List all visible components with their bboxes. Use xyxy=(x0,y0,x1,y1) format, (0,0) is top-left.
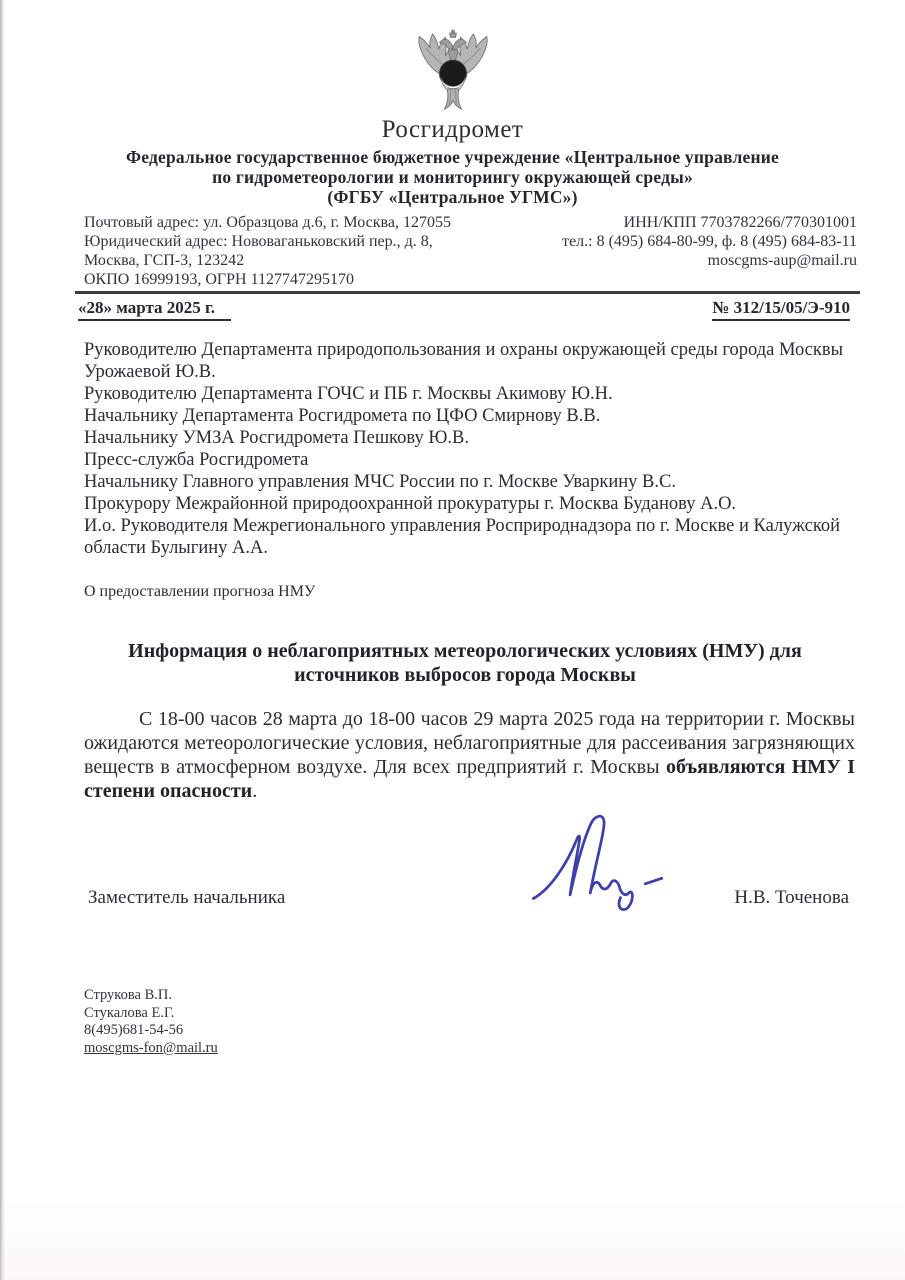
executor-name: Струкова В.П. xyxy=(84,987,905,1005)
addressee-line: Пресс-служба Росгидромета xyxy=(84,449,857,471)
body-text-tail: . xyxy=(252,780,257,802)
org-full-line: Федеральное государственное бюджетное уч… xyxy=(40,147,865,167)
legal-address-line: Юридический адрес: Нововаганьковский пер… xyxy=(84,232,451,251)
executor-name: Стукалова Е.Г. xyxy=(84,1005,905,1023)
doc-title: Информация о неблагоприятных метеорологи… xyxy=(95,639,835,687)
addressee-line: Руководителю Департамента ГОЧС и ПБ г. М… xyxy=(84,383,857,405)
handwritten-signature-icon xyxy=(524,805,684,915)
executor-email: moscgms-fon@mail.ru xyxy=(84,1040,905,1058)
org-full-name: Федеральное государственное бюджетное уч… xyxy=(40,147,865,207)
org-email: moscgms-aup@mail.ru xyxy=(562,251,857,270)
addressee-line: И.о. Руководителя Межрегионального управ… xyxy=(84,515,857,559)
doc-title-line: Информация о неблагоприятных метеорологи… xyxy=(128,640,802,662)
doc-date: «28» марта 2025 г. xyxy=(78,298,231,321)
okpo-ogrn-line: ОКПО 16999193, ОГРН 1127747295170 xyxy=(84,270,451,289)
org-short-name: Росгидромет xyxy=(0,117,905,143)
legal-address-line: Москва, ГСП-3, 123242 xyxy=(84,251,451,270)
letterhead-divider xyxy=(75,291,860,294)
requisites-block: Почтовый адрес: ул. Образцова д.6, г. Мо… xyxy=(84,213,857,289)
signer-name: Н.В. Точенова xyxy=(734,887,849,909)
doc-meta-row: «28» марта 2025 г. № 312/15/05/Э-910 xyxy=(78,298,850,321)
executor-phone: 8(495)681-54-56 xyxy=(84,1022,905,1040)
postal-address-line: Почтовый адрес: ул. Образцова д.6, г. Мо… xyxy=(84,213,451,232)
double-headed-eagle-emblem-icon xyxy=(410,28,496,116)
addressee-line: Начальнику УМЗА Росгидромета Пешкову Ю.В… xyxy=(84,427,857,449)
inn-phone-email: ИНН/КПП 7703782266/770301001 тел.: 8 (49… xyxy=(562,213,857,270)
doc-subject: О предоставлении прогноза НМУ xyxy=(84,583,905,601)
postal-legal-address: Почтовый адрес: ул. Образцова д.6, г. Мо… xyxy=(84,213,451,289)
org-full-line: по гидрометеорологии и мониторингу окруж… xyxy=(40,167,865,187)
addressee-line: Начальнику Департамента Росгидромета по … xyxy=(84,405,857,427)
addressee-line: Прокурору Межрайонной природоохранной пр… xyxy=(84,493,857,515)
signer-position: Заместитель начальника xyxy=(88,887,285,909)
addressee-line: Руководителю Департамента природопользов… xyxy=(84,339,857,383)
inn-kpp-line: ИНН/КПП 7703782266/770301001 xyxy=(562,213,857,232)
doc-body-paragraph: С 18-00 часов 28 марта до 18-00 часов 29… xyxy=(84,707,855,803)
doc-title-line: источников выбросов города Москвы xyxy=(294,664,636,686)
phone-fax-line: тел.: 8 (495) 684-80-99, ф. 8 (495) 684-… xyxy=(562,232,857,251)
doc-number: № 312/15/05/Э-910 xyxy=(712,298,850,321)
addressees-list: Руководителю Департамента природопользов… xyxy=(84,339,857,559)
executor-contacts: Струкова В.П. Стукалова Е.Г. 8(495)681-5… xyxy=(84,987,905,1057)
signature-block: Заместитель начальника Н.В. Точенова xyxy=(84,803,855,915)
addressee-line: Начальнику Главного управления МЧС Росси… xyxy=(84,471,857,493)
org-full-line: (ФГБУ «Центральное УГМС») xyxy=(40,187,865,207)
document-page: Росгидромет Федеральное государственное … xyxy=(0,0,905,1280)
